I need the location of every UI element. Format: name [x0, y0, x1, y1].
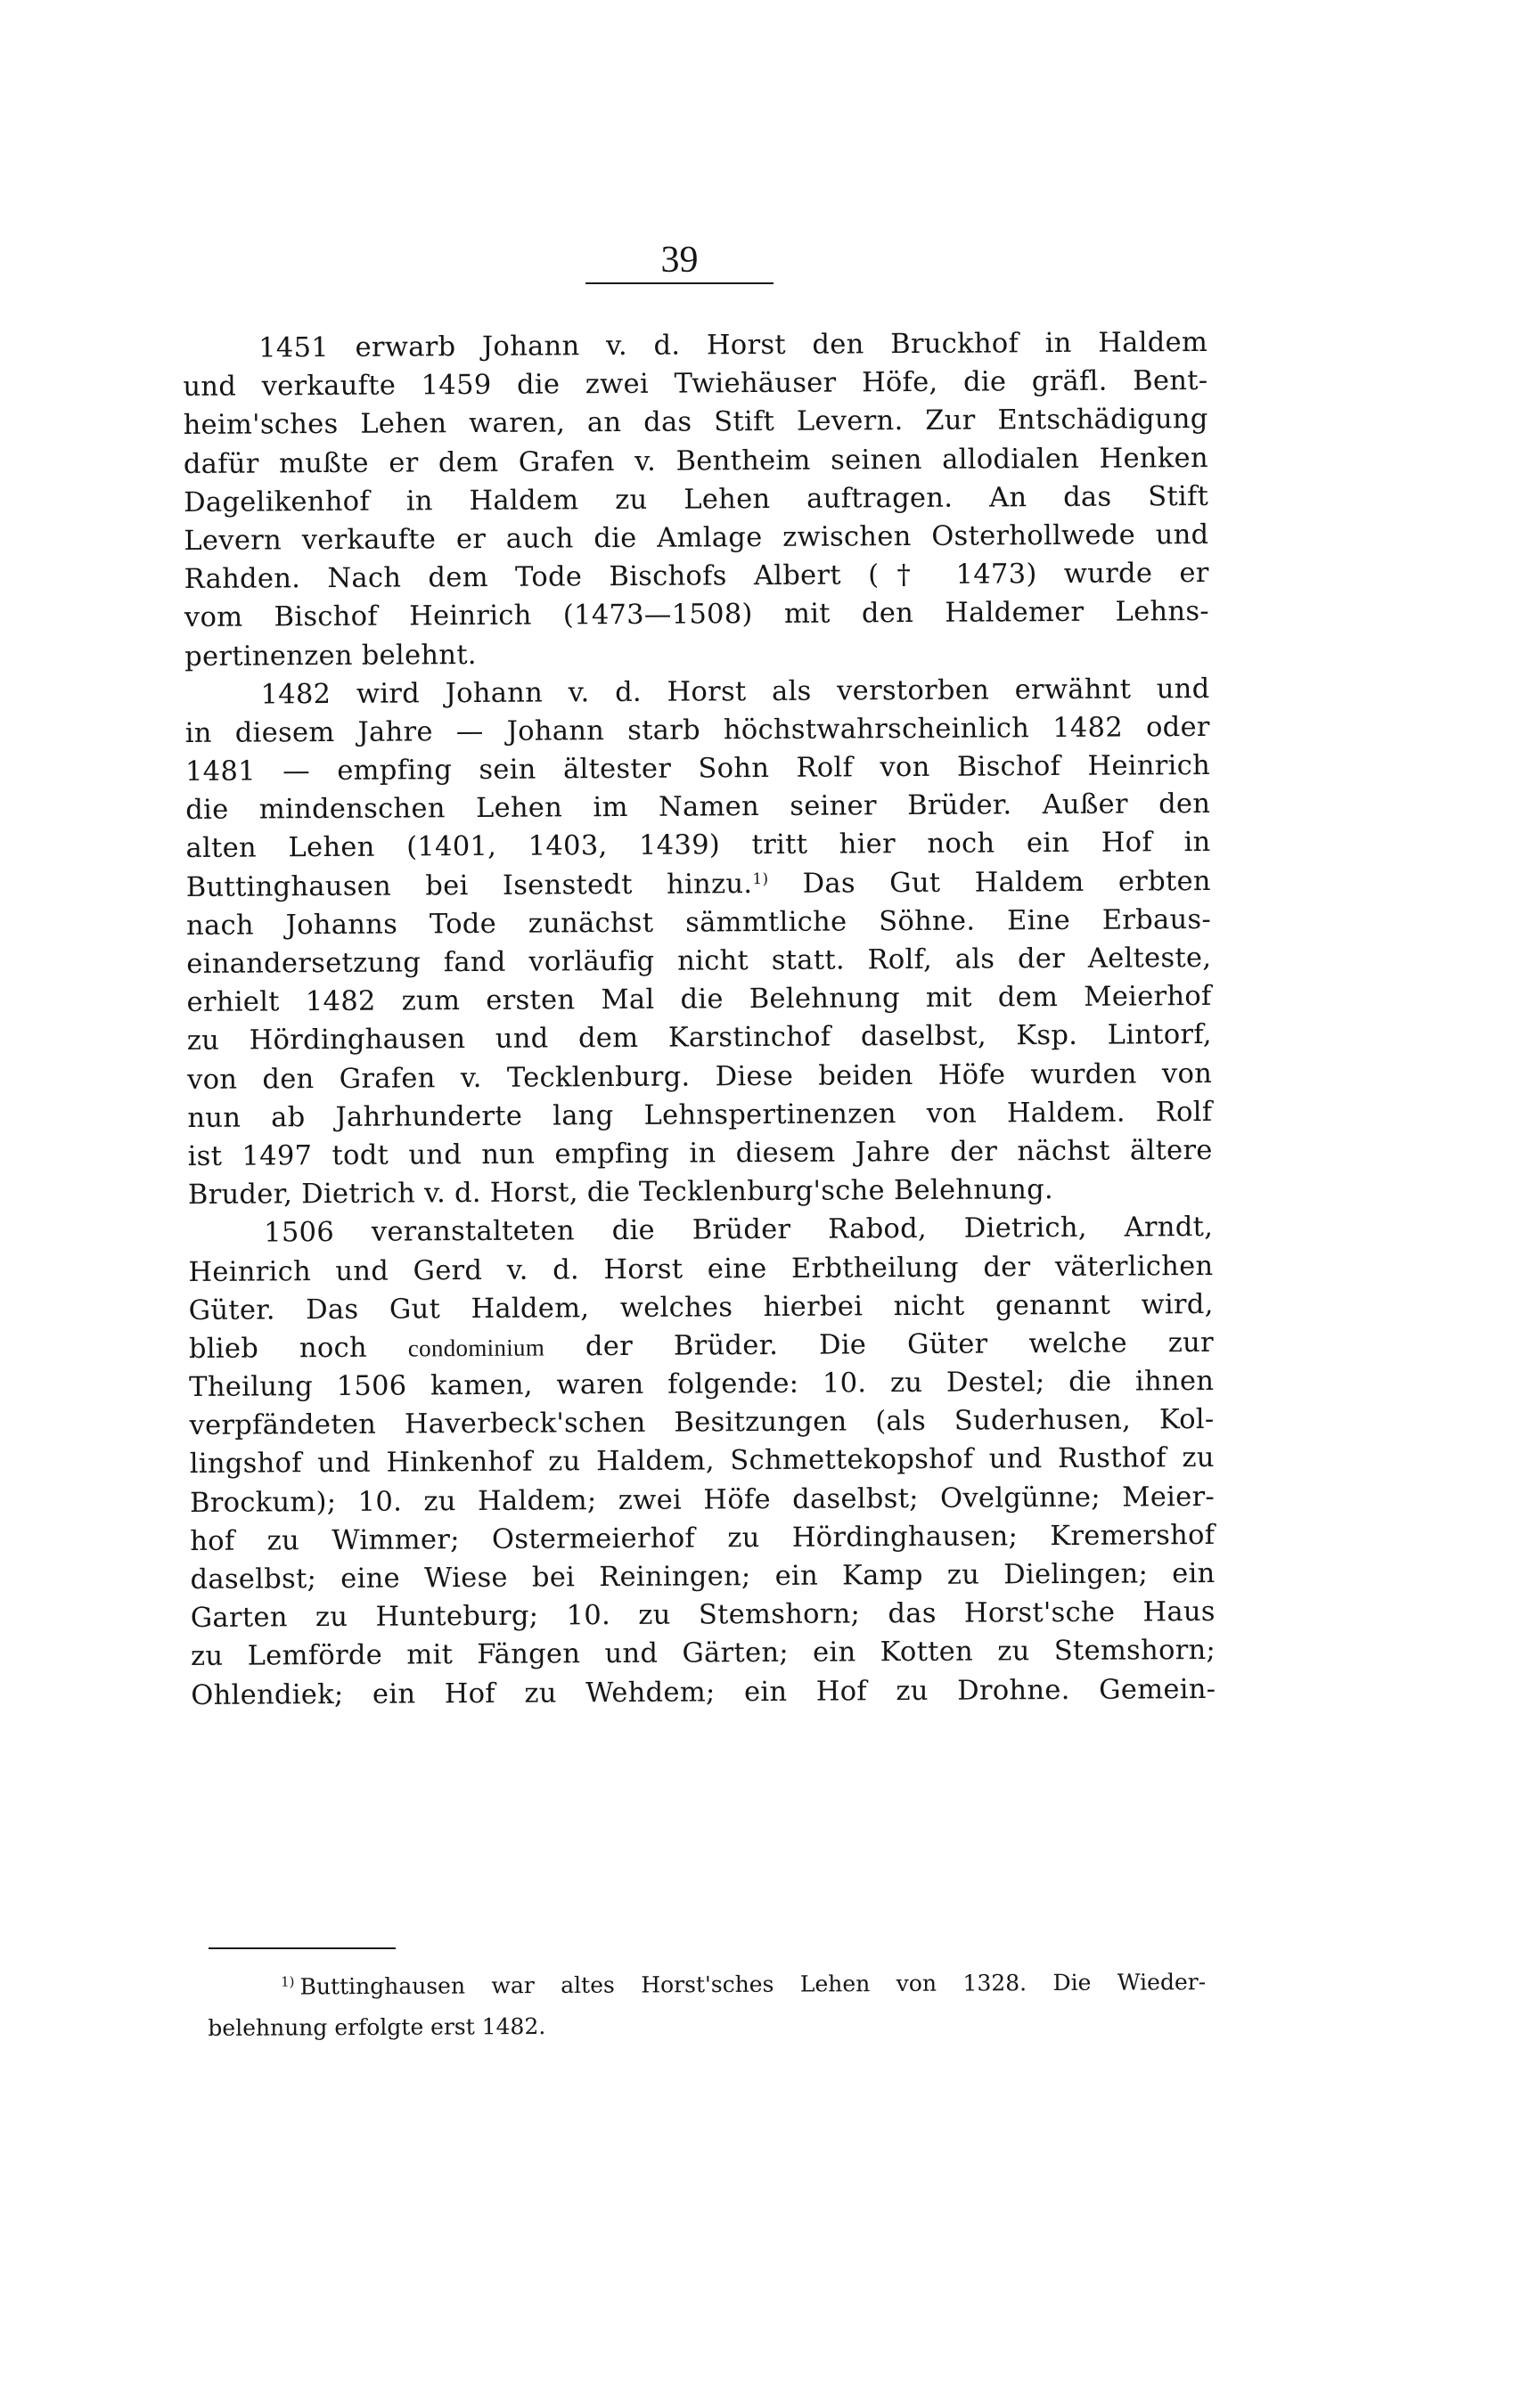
text-line: Bruder, Dietrich v. d. Horst, die Teckle…: [188, 1170, 1213, 1214]
text-segment: Das Gut Haldem erbten: [803, 866, 1211, 900]
paragraph-1: 1451 erwarb Johann v. d. Horst den Bruck…: [183, 323, 1209, 676]
text-line: verpfändeten Haverbeck'schen Besitzungen…: [189, 1400, 1214, 1445]
footnote-mark: 1): [281, 1973, 295, 1989]
text-line: und verkaufte 1459 die zwei Twiehäuser H…: [183, 362, 1207, 406]
text-line: Güter. Das Gut Haldem, welches hierbei n…: [189, 1286, 1214, 1330]
text-line: hof zu Wimmer; Ostermeierhof zu Hördingh…: [190, 1516, 1215, 1561]
text-line: dafür mußte er dem Grafen v. Bentheim se…: [184, 439, 1208, 484]
text-line: Dagelikenhof in Haldem zu Lehen auftrage…: [184, 478, 1208, 522]
text-line: nun ab Jahrhunderte lang Lehnspertinenze…: [187, 1093, 1212, 1138]
text-line: Ohlendiek; ein Hof zu Wehdem; ein Hof zu…: [191, 1670, 1216, 1715]
paragraph-3: 1506 veranstalteten die Brüder Rabod, Di…: [188, 1208, 1216, 1714]
latin-term: condominium: [408, 1334, 544, 1361]
text-segment: blieb noch: [189, 1333, 367, 1365]
text-segment: Buttinghausen bei Isenstedt hinzu.: [186, 869, 753, 903]
footnote-reference[interactable]: 1): [752, 870, 768, 888]
footnote-line: 1)Buttinghausen war altes Horst'sches Le…: [208, 1962, 1206, 2008]
text-line: 1481 — empfing sein ältester Sohn Rolf v…: [185, 747, 1210, 791]
text-line: heim'sches Lehen waren, an das Stift Lev…: [184, 400, 1208, 445]
text-line: Rahden. Nach dem Tode Bischofs Albert (†…: [184, 554, 1209, 599]
text-line: zu Lemförde mit Fängen und Gärten; ein K…: [191, 1631, 1216, 1676]
page-number: 39: [585, 239, 774, 282]
text-line: in diesem Jahre — Johann starb höchstwah…: [185, 708, 1210, 753]
text-line: Levern verkaufte er auch die Amlage zwis…: [184, 516, 1208, 560]
text-line-with-footnote: Buttinghausen bei Isenstedt hinzu.1) Das…: [186, 862, 1211, 907]
text-line: nach Johanns Tode zunächst sämmtliche Sö…: [186, 901, 1211, 945]
footnote-rule: [209, 1947, 396, 1949]
text-line: Theilung 1506 kamen, waren folgende: 10.…: [189, 1362, 1214, 1407]
text-line: 1506 veranstalteten die Brüder Rabod, Di…: [188, 1208, 1213, 1253]
text-line: alten Lehen (1401, 1403, 1439) tritt hie…: [185, 823, 1210, 868]
text-line: 1482 wird Johann v. d. Horst als verstor…: [184, 670, 1209, 714]
text-line: Brockum); 10. zu Haldem; zwei Höfe dasel…: [190, 1478, 1215, 1522]
text-line: pertinenzen belehnt.: [184, 631, 1209, 675]
text-line-with-antiqua: blieb noch condominium der Brüder. Die G…: [189, 1324, 1214, 1368]
text-segment: der Brüder. Die Güter welche zur: [585, 1327, 1214, 1362]
footnote-line: belehnung erfolgte erst 1482.: [208, 2003, 1206, 2049]
text-line: von den Grafen v. Tecklenburg. Diese bei…: [187, 1055, 1212, 1099]
footnote-text: Buttinghausen war altes Horst'sches Lehe…: [299, 1969, 1206, 1999]
body-text: 1451 erwarb Johann v. d. Horst den Bruck…: [183, 323, 1216, 1715]
text-line: vom Bischof Heinrich (1473—1508) mit den…: [184, 592, 1209, 637]
text-line: die mindenschen Lehen im Namen seiner Br…: [185, 785, 1210, 829]
footnotes: 1)Buttinghausen war altes Horst'sches Le…: [208, 1962, 1206, 2049]
text-line: einandersetzung fand vorläufig nicht sta…: [186, 939, 1211, 984]
text-line: zu Hördinghausen und dem Karstinchof das…: [187, 1016, 1212, 1060]
paragraph-2: 1482 wird Johann v. d. Horst als verstor…: [184, 670, 1213, 1215]
text-line: lingshof und Hinkenhof zu Haldem, Schmet…: [190, 1439, 1215, 1483]
page-number-rule: [585, 282, 774, 284]
text-line: erhielt 1482 zum ersten Mal die Belehnun…: [186, 977, 1211, 1022]
text-line: daselbst; eine Wiese bei Reiningen; ein …: [190, 1555, 1215, 1599]
text-line: Heinrich und Gerd v. d. Horst eine Erbth…: [188, 1246, 1213, 1291]
text-line: 1451 erwarb Johann v. d. Horst den Bruck…: [183, 323, 1207, 368]
text-line: ist 1497 todt und nun empfing in diesem …: [188, 1131, 1213, 1176]
text-line: Garten zu Hunteburg; 10. zu Stemshorn; d…: [191, 1593, 1216, 1637]
